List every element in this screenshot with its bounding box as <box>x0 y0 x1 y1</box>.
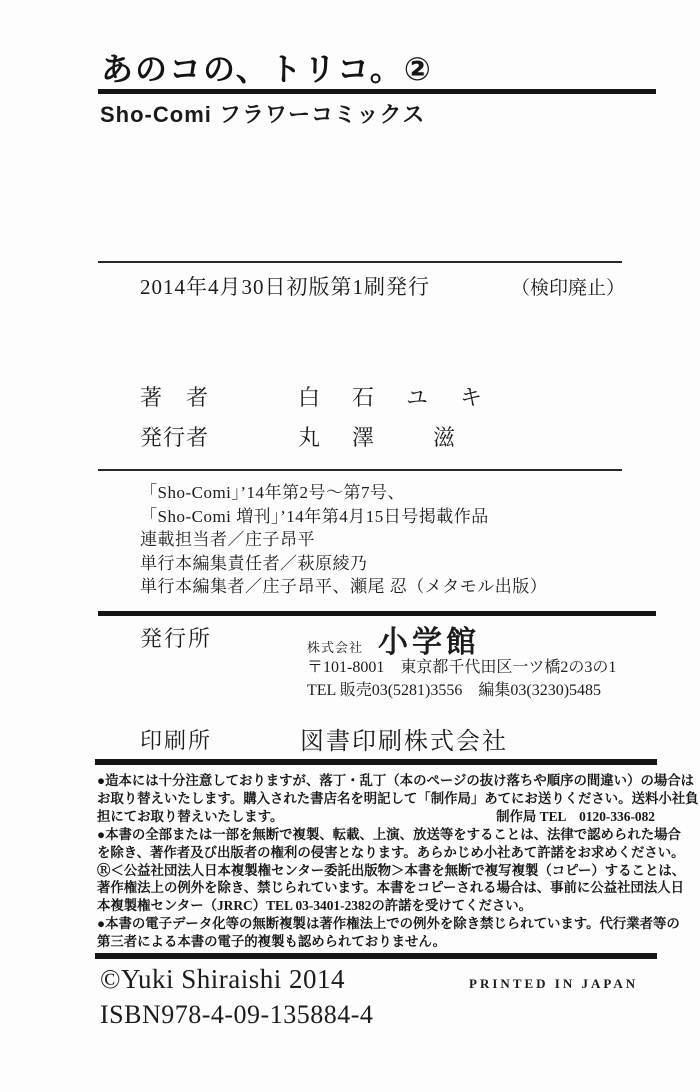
serialization-line: 単行本編集責任者／萩原綾乃 <box>140 552 547 576</box>
serialization-info: 「Sho-Comi」’14年第2号～第7号、 「Sho-Comi 増刊」’14年… <box>140 481 547 599</box>
notice-line: お取り替えいたします。購入された書店名を明記して「制作局」あてにお送りください。… <box>97 790 655 808</box>
colophon-page: あのコの、トリコ。② Sho-Comi フラワーコミックス 2014年4月30日… <box>0 0 700 1092</box>
notice-top-bar <box>95 759 657 765</box>
printer-name: 図書印刷株式会社 <box>300 721 508 756</box>
notice-line: ●造本には十分注意しておりますが、落丁・乱丁（本のページの抜け落ちや順序の間違い… <box>97 772 655 790</box>
publisher-person-name: 丸 澤 滋 <box>298 421 460 452</box>
notice-line: 本複製権センター（JRRC）TEL 03-3401-2382の許諾を受けてくださ… <box>97 897 655 915</box>
notice-line: 著作権法上の例外を除き、禁じられています。本書をコピーされる場合は、事前に公益社… <box>97 879 655 897</box>
notice-bottom-bar <box>95 953 657 959</box>
page-title: あのコの、トリコ。② <box>101 44 433 90</box>
author-name: 白 石 ユ キ <box>298 381 487 412</box>
edition-note: （検印廃止） <box>511 273 625 300</box>
title-underline <box>98 89 656 94</box>
divider-below-credits <box>98 469 622 471</box>
serialization-line: 連載担当者／庄子昂平 <box>140 528 547 552</box>
serialization-line: 単行本編集者／庄子昂平、瀬尾 忍（メタモル出版） <box>140 575 547 599</box>
legal-notices: ●造本には十分注意しておりますが、落丁・乱丁（本のページの抜け落ちや順序の間違い… <box>97 772 655 951</box>
notice-line: 第三者による本書の電子的複製も認められておりません。 <box>97 933 655 951</box>
serialization-line: 「Sho-Comi 増刊」’14年第4月15日号掲載作品 <box>140 505 547 529</box>
serialization-line: 「Sho-Comi」’14年第2号～第7号、 <box>140 481 547 505</box>
author-label: 著 者 <box>140 381 209 412</box>
edition-date: 2014年4月30日初版第1刷発行 <box>140 271 430 301</box>
notice-line: を除き、著作者及び出版者の権利の侵害となります。あらかじめ小社あて許諾をお求めく… <box>97 844 655 862</box>
notice-line: ●本書の電子データ化等の無断複製は著作権法上での例外を除き禁じられています。代行… <box>97 915 655 933</box>
notice-line: ●本書の全部または一部を無断で複製、転載、上演、放送等をすることは、法律で認めら… <box>97 826 655 844</box>
divider-above-date <box>98 261 622 263</box>
publisher-tel: TEL 販売03(5281)3556 編集03(3230)5485 <box>307 677 601 700</box>
isbn-number: ISBN978-4-09-135884-4 <box>100 1000 373 1030</box>
publisher-label: 発行所 <box>140 622 212 653</box>
divider-above-publisher <box>98 611 656 616</box>
publisher-address: 〒101-8001 東京都千代田区一ツ橋2の3の1 <box>307 654 616 677</box>
notice-line: 担にてお取り替えいたします。 <box>97 808 283 826</box>
printed-in-japan: PRINTED IN JAPAN <box>469 976 638 992</box>
imprint-line: Sho-Comi フラワーコミックス <box>100 98 425 129</box>
copyright-line: ©Yuki Shiraishi 2014 <box>100 964 345 995</box>
publisher-person-label: 発行者 <box>140 421 209 452</box>
notice-line-jrrc: Ⓡ＜公益社団法人日本複製権センター委託出版物＞本書を無断で複写複製（コピー）する… <box>97 862 655 880</box>
printer-label: 印刷所 <box>140 724 212 755</box>
production-bureau-tel: 制作局 TEL 0120-336-082 <box>496 808 655 826</box>
notice-line-with-tel: 担にてお取り替えいたします。 制作局 TEL 0120-336-082 <box>97 808 655 826</box>
